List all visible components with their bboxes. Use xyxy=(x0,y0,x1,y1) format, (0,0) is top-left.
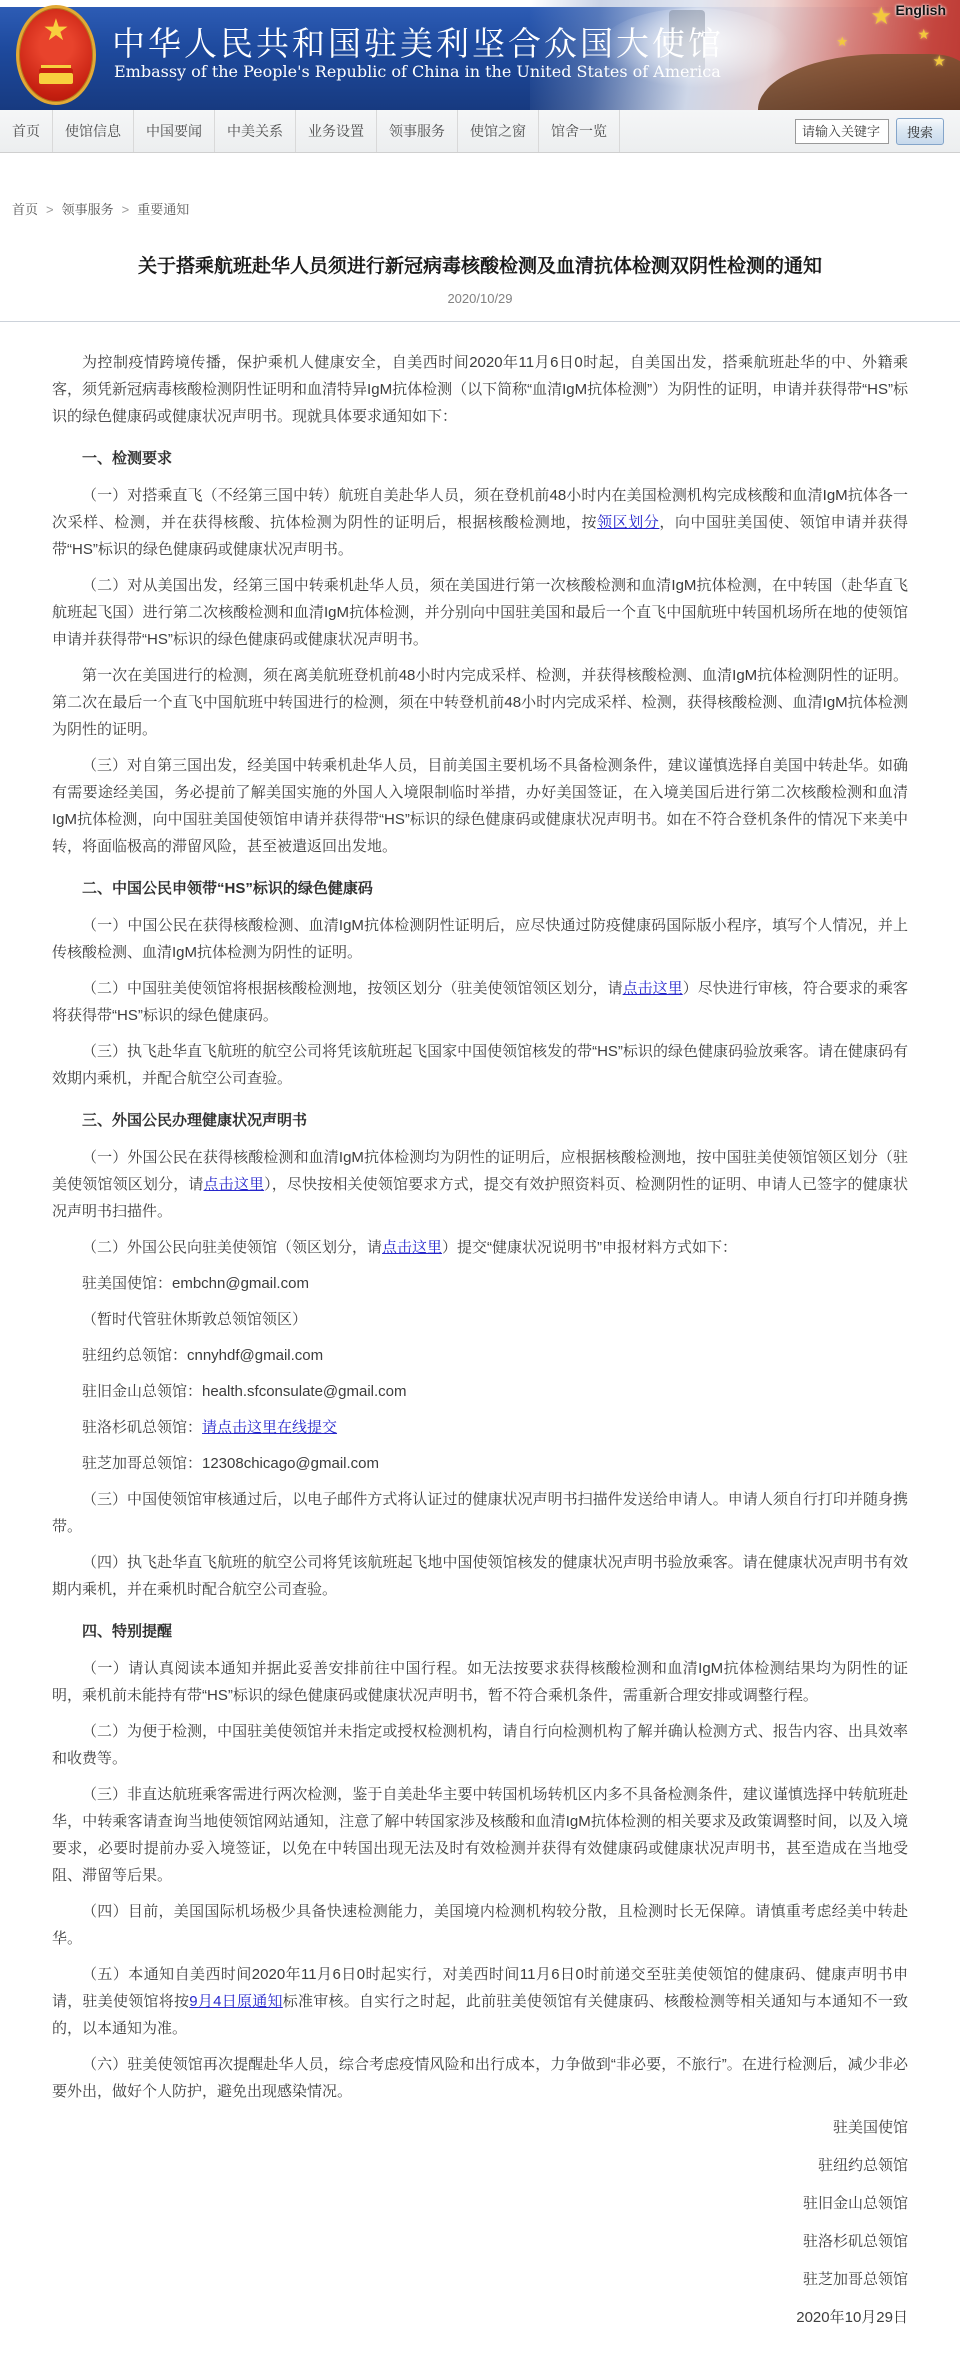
section-heading: 二、中国公民申领带“HS”标识的绿色健康码 xyxy=(52,875,908,902)
text-run: （三）对自第三国出发，经美国中转乘机赴华人员，目前美国主要机场不具备检测条件，建… xyxy=(52,757,908,855)
nav-item-6[interactable]: 领事服务 xyxy=(377,110,458,152)
article-paragraph: （三）中国使领馆审核通过后，以电子邮件方式将认证过的健康状况声明书扫描件发送给申… xyxy=(52,1486,908,1540)
text-run: 三、外国公民办理健康状况声明书 xyxy=(82,1112,307,1129)
site-banner: ★ ★ ★ ★ ★ 中华人民共和国驻美利坚合众国大使馆 Embassy of t… xyxy=(0,0,960,110)
text-run: （二）中国驻美使领馆将根据核酸检测地，按领区划分（驻美使领馆领区划分，请 xyxy=(82,980,623,997)
search-button[interactable]: 搜索 xyxy=(896,118,944,145)
inline-link[interactable]: 9月4日原通知 xyxy=(189,1993,282,2010)
text-run: （三）执飞赴华直飞航班的航空公司将凭该航班起飞国家中国使领馆核发的带“HS”标识… xyxy=(52,1043,908,1087)
page-title: 关于搭乘航班赴华人员须进行新冠病毒核酸检测及血清抗体检测双阴性检测的通知 xyxy=(60,254,900,280)
signature-line: 驻洛杉矶总领馆 xyxy=(52,2228,908,2255)
signature-line: 驻美国使馆 xyxy=(52,2114,908,2141)
article-paragraph: （二）外国公民向驻美使领馆（领区划分，请点击这里）提交“健康状况说明书”申报材料… xyxy=(52,1234,908,1261)
emblem-shield: ★ xyxy=(16,5,96,105)
site-title-chinese: 中华人民共和国驻美利坚合众国大使馆 xyxy=(112,18,724,65)
article-paragraph: （一）中国公民在获得核酸检测、血清IgM抗体检测阴性证明后，应尽快通过防疫健康码… xyxy=(52,912,908,966)
text-run: 二、中国公民申领带“HS”标识的绿色健康码 xyxy=(82,880,373,897)
article-paragraph: （暂时代管驻休斯敦总领馆领区） xyxy=(52,1306,908,1333)
text-run: （四）目前，美国国际机场极少具备快速检测能力，美国境内检测机构较分散，且检测时长… xyxy=(52,1903,908,1947)
section-heading: 四、特别提醒 xyxy=(52,1618,908,1645)
text-run: （暂时代管驻休斯敦总领馆领区） xyxy=(82,1311,307,1328)
inline-link[interactable]: 点击这里 xyxy=(382,1239,442,1256)
text-run: （六）驻美使领馆再次提醒赴华人员，综合考虑疫情风险和出行成本，力争做到“非必要，… xyxy=(52,2056,908,2100)
article-paragraph: （三）非直达航班乘客需进行两次检测，鉴于自美赴华主要中转国机场转机区内多不具备检… xyxy=(52,1781,908,1889)
text-run: 驻旧金山总领馆 xyxy=(803,2195,908,2212)
text-run: （一）请认真阅读本通知并据此妥善安排前往中国行程。如无法按要求获得核酸检测和血清… xyxy=(52,1660,908,1704)
emblem-gate-icon xyxy=(39,68,73,84)
article-paragraph: （四）目前，美国国际机场极少具备快速检测能力，美国境内检测机构较分散，且检测时长… xyxy=(52,1898,908,1952)
article-paragraph: （三）对自第三国出发，经美国中转乘机赴华人员，目前美国主要机场不具备检测条件，建… xyxy=(52,752,908,860)
article-paragraph: （六）驻美使领馆再次提醒赴华人员，综合考虑疫情风险和出行成本，力争做到“非必要，… xyxy=(52,2051,908,2105)
text-run: ）提交“健康状况说明书”申报材料方式如下： xyxy=(442,1239,737,1256)
text-run: 驻纽约总领馆 xyxy=(818,2157,908,2174)
text-run: （二）为便于检测，中国驻美使领馆并未指定或授权检测机构，请自行向检测机构了解并确… xyxy=(52,1723,908,1767)
section-heading: 三、外国公民办理健康状况声明书 xyxy=(52,1107,908,1134)
breadcrumb-item-3: 重要通知 xyxy=(137,202,189,217)
article-paragraph: （一）对搭乘直飞（不经第三国中转）航班自美赴华人员，须在登机前48小时内在美国检… xyxy=(52,482,908,563)
nav-search: 搜索 xyxy=(795,110,960,152)
text-run: 四、特别提醒 xyxy=(82,1623,172,1640)
article-paragraph: 驻旧金山总领馆：health.sfconsulate@gmail.com xyxy=(52,1378,908,1405)
article-paragraph: （二）中国驻美使领馆将根据核酸检测地，按领区划分（驻美使领馆领区划分，请点击这里… xyxy=(52,975,908,1029)
main-nav: 首页使馆信息中国要闻中美关系业务设置领事服务使馆之窗馆舍一览 搜索 xyxy=(0,110,960,153)
article-paragraph: 驻洛杉矶总领馆：请点击这里在线提交 xyxy=(52,1414,908,1441)
article-paragraph: （一）请认真阅读本通知并据此妥善安排前往中国行程。如无法按要求获得核酸检测和血清… xyxy=(52,1655,908,1709)
text-run: 驻美国使馆：embchn@gmail.com xyxy=(82,1275,309,1292)
text-run: （二）外国公民向驻美使领馆（领区划分，请 xyxy=(82,1239,382,1256)
article-body: 为控制疫情跨境传播，保护乘机人健康安全，自美西时间2020年11月6日0时起，自… xyxy=(0,322,960,2372)
text-run: 驻美国使馆 xyxy=(833,2119,908,2136)
signature-line: 2020年10月29日 xyxy=(52,2304,908,2331)
flag-star-icon: ★ xyxy=(870,2,892,31)
article-paragraph: （二）为便于检测，中国驻美使领馆并未指定或授权检测机构，请自行向检测机构了解并确… xyxy=(52,1718,908,1772)
text-run: 驻芝加哥总领馆 xyxy=(803,2271,908,2288)
nav-item-2[interactable]: 使馆信息 xyxy=(53,110,134,152)
article-date: 2020/10/29 xyxy=(0,291,960,306)
signature-line: 驻旧金山总领馆 xyxy=(52,2190,908,2217)
article-paragraph: 驻芝加哥总领馆：12308chicago@gmail.com xyxy=(52,1450,908,1477)
signature-line: 驻纽约总领馆 xyxy=(52,2152,908,2179)
english-language-link[interactable]: English xyxy=(895,2,946,18)
text-run: 驻洛杉矶总领馆： xyxy=(82,1419,202,1436)
text-run: 驻旧金山总领馆：health.sfconsulate@gmail.com xyxy=(82,1383,407,1400)
article-paragraph: （四）执飞赴华直飞航班的航空公司将凭该航班起飞地中国使领馆核发的健康状况声明书验… xyxy=(52,1549,908,1603)
text-run: 一、检测要求 xyxy=(82,450,172,467)
breadcrumb-separator: > xyxy=(46,202,54,217)
article-paragraph: 第一次在美国进行的检测，须在离美航班登机前48小时内完成采样、检测，并获得核酸检… xyxy=(52,662,908,743)
nav-item-4[interactable]: 中美关系 xyxy=(215,110,296,152)
flag-star-icon: ★ xyxy=(836,34,848,50)
inline-link[interactable]: 请点击这里在线提交 xyxy=(202,1419,337,1436)
breadcrumb-item-1[interactable]: 首页 xyxy=(12,202,38,217)
text-run: 第一次在美国进行的检测，须在离美航班登机前48小时内完成采样、检测，并获得核酸检… xyxy=(52,667,908,738)
section-heading: 一、检测要求 xyxy=(52,445,908,472)
article-paragraph: （二）对从美国出发，经第三国中转乘机赴华人员，须在美国进行第一次核酸检测和血清I… xyxy=(52,572,908,653)
breadcrumb: 首页>领事服务>重要通知 xyxy=(12,199,960,218)
article-paragraph: （三）执飞赴华直飞航班的航空公司将凭该航班起飞国家中国使领馆核发的带“HS”标识… xyxy=(52,1038,908,1092)
nav-item-5[interactable]: 业务设置 xyxy=(296,110,377,152)
flag-star-icon: ★ xyxy=(917,26,930,43)
text-run: （一）中国公民在获得核酸检测、血清IgM抗体检测阴性证明后，应尽快通过防疫健康码… xyxy=(52,917,908,961)
nav-item-8[interactable]: 馆舍一览 xyxy=(539,110,620,152)
text-run: （二）对从美国出发，经第三国中转乘机赴华人员，须在美国进行第一次核酸检测和血清I… xyxy=(52,577,908,648)
great-wall-decoration xyxy=(758,54,960,110)
inline-link[interactable]: 点击这里 xyxy=(204,1176,265,1193)
text-run: （三）非直达航班乘客需进行两次检测，鉴于自美赴华主要中转国机场转机区内多不具备检… xyxy=(52,1786,908,1884)
page: ★ ★ ★ ★ ★ 中华人民共和国驻美利坚合众国大使馆 Embassy of t… xyxy=(0,0,960,2372)
article-paragraph: （一）外国公民在获得核酸检测和血清IgM抗体检测均为阴性的证明后，应根据核酸检测… xyxy=(52,1144,908,1225)
text-run: 驻芝加哥总领馆：12308chicago@gmail.com xyxy=(82,1455,379,1472)
nav-item-7[interactable]: 使馆之窗 xyxy=(458,110,539,152)
signature-line: 驻芝加哥总领馆 xyxy=(52,2266,908,2293)
article-paragraph: 为控制疫情跨境传播，保护乘机人健康安全，自美西时间2020年11月6日0时起，自… xyxy=(52,349,908,430)
breadcrumb-item-2[interactable]: 领事服务 xyxy=(62,202,114,217)
emblem-star-icon: ★ xyxy=(19,16,93,46)
article-paragraph: 驻美国使馆：embchn@gmail.com xyxy=(52,1270,908,1297)
site-title-english: Embassy of the People's Republic of Chin… xyxy=(114,62,721,81)
article-paragraph: （五）本通知自美西时间2020年11月6日0时起实行，对美西时间11月6日0时前… xyxy=(52,1961,908,2042)
main-nav-list: 首页使馆信息中国要闻中美关系业务设置领事服务使馆之窗馆舍一览 xyxy=(0,110,620,152)
article-paragraph: 驻纽约总领馆：cnnyhdf@gmail.com xyxy=(52,1342,908,1369)
text-run: （四）执飞赴华直飞航班的航空公司将凭该航班起飞地中国使领馆核发的健康状况声明书验… xyxy=(52,1554,908,1598)
national-emblem-icon: ★ xyxy=(16,5,96,105)
inline-link[interactable]: 领区划分 xyxy=(597,514,659,531)
text-run: 驻洛杉矶总领馆 xyxy=(803,2233,908,2250)
nav-item-1[interactable]: 首页 xyxy=(0,110,53,152)
text-run: 为控制疫情跨境传播，保护乘机人健康安全，自美西时间2020年11月6日0时起，自… xyxy=(52,354,908,425)
flag-star-icon: ★ xyxy=(933,52,946,70)
text-run: （三）中国使领馆审核通过后，以电子邮件方式将认证过的健康状况声明书扫描件发送给申… xyxy=(52,1491,908,1535)
nav-item-3[interactable]: 中国要闻 xyxy=(134,110,215,152)
search-input[interactable] xyxy=(795,119,889,144)
text-run: 2020年10月29日 xyxy=(796,2309,908,2326)
breadcrumb-separator: > xyxy=(122,202,130,217)
text-run: 驻纽约总领馆：cnnyhdf@gmail.com xyxy=(82,1347,323,1364)
inline-link[interactable]: 点击这里 xyxy=(623,980,683,997)
